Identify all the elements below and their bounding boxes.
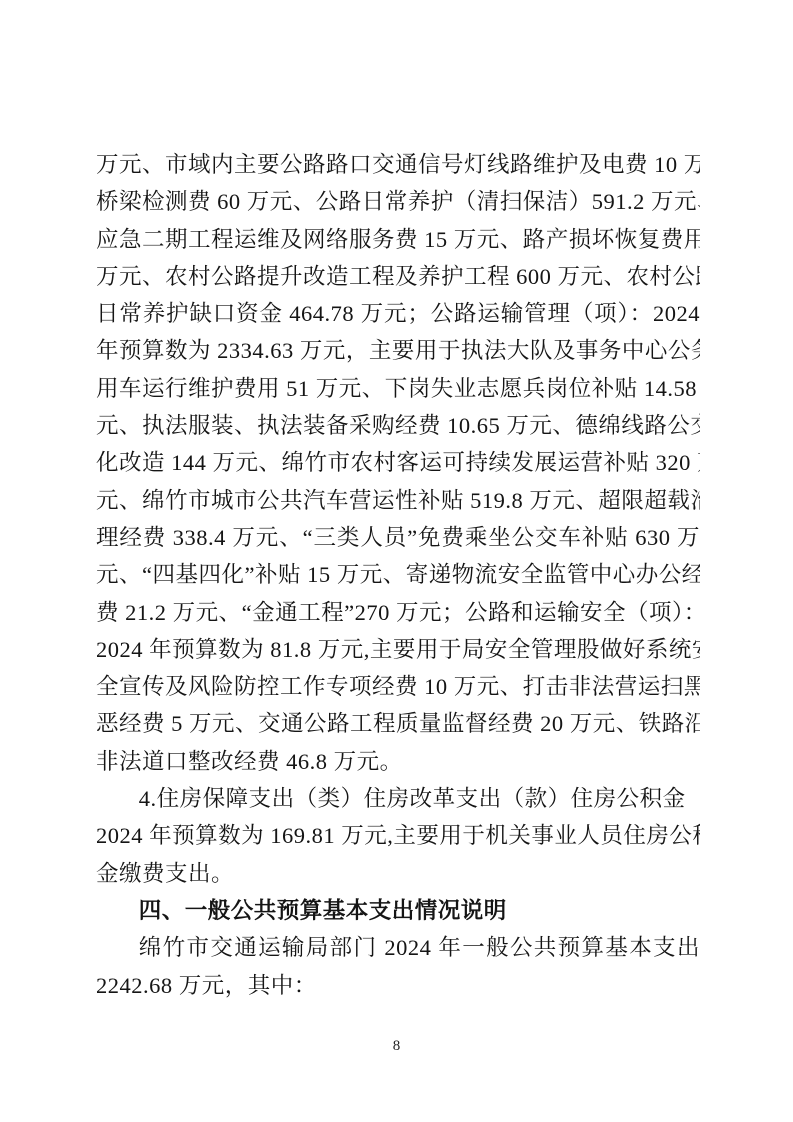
text-line: 2242.68 万元，其中：: [96, 967, 700, 1004]
text-line: 应急二期工程运维及网络服务费 15 万元、路产损坏恢复费用 40: [96, 221, 700, 258]
page-number: 8: [0, 1036, 793, 1056]
text-line: 全宣传及风险防控工作专项经费 10 万元、打击非法营运扫黑除: [96, 668, 700, 705]
text-line: 万元、市域内主要公路路口交通信号灯线路维护及电费 10 万元、: [96, 146, 700, 183]
text-line: 恶经费 5 万元、交通公路工程质量监督经费 20 万元、铁路沿线: [96, 705, 700, 742]
text-line: 年预算数为 2334.63 万元，主要用于执法大队及事务中心公务: [96, 332, 700, 369]
text-line: 桥梁检测费 60 万元、公路日常养护（清扫保洁）591.2 万元、: [96, 183, 700, 220]
paragraph-housing-security: 4.住房保障支出（类）住房改革支出（款）住房公积金（项）: 2024 年预算数为…: [96, 780, 700, 892]
text-line: 元、绵竹市城市公共汽车营运性补贴 519.8 万元、超限超载治: [96, 482, 700, 519]
text-line: 4.住房保障支出（类）住房改革支出（款）住房公积金（项）:: [96, 780, 700, 817]
text-line: 元、执法服装、执法装备采购经费 10.65 万元、德绵线路公交: [96, 407, 700, 444]
text-line: 2024 年预算数为 81.8 万元,主要用于局安全管理股做好系统安: [96, 631, 700, 668]
text-line: 万元、农村公路提升改造工程及养护工程 600 万元、农村公路: [96, 258, 700, 295]
text-line: 日常养护缺口资金 464.78 万元；公路运输管理（项）：2024: [96, 295, 700, 332]
paragraph-highway-funding: 万元、市域内主要公路路口交通信号灯线路维护及电费 10 万元、 桥梁检测费 60…: [96, 146, 700, 780]
text-line: 2024 年预算数为 169.81 万元,主要用于机关事业人员住房公积: [96, 817, 700, 854]
section-heading: 四、一般公共预算基本支出情况说明: [96, 892, 700, 929]
text-line: 非法道口整改经费 46.8 万元。: [96, 743, 700, 780]
text-line: 元、“四基四化”补贴 15 万元、寄递物流安全监管中心办公经: [96, 556, 700, 593]
paragraph-basic-expenditure-intro: 绵竹市交通运输局部门 2024 年一般公共预算基本支出 2242.68 万元，其…: [96, 929, 700, 1004]
document-page: 万元、市域内主要公路路口交通信号灯线路维护及电费 10 万元、 桥梁检测费 60…: [0, 0, 793, 1122]
text-line: 费 21.2 万元、“金通工程”270 万元；公路和运输安全（项）：: [96, 594, 700, 631]
text-line: 用车运行维护费用 51 万元、下岗失业志愿兵岗位补贴 14.58 万: [96, 370, 700, 407]
text-line: 绵竹市交通运输局部门 2024 年一般公共预算基本支出: [96, 929, 700, 966]
document-body: 万元、市域内主要公路路口交通信号灯线路维护及电费 10 万元、 桥梁检测费 60…: [96, 146, 700, 1004]
section-heading-basic-expenditure: 四、一般公共预算基本支出情况说明: [96, 892, 700, 929]
text-line: 理经费 338.4 万元、“三类人员”免费乘坐公交车补贴 630 万: [96, 519, 700, 556]
text-line: 金缴费支出。: [96, 855, 700, 892]
text-line: 化改造 144 万元、绵竹市农村客运可持续发展运营补贴 320 万: [96, 444, 700, 481]
